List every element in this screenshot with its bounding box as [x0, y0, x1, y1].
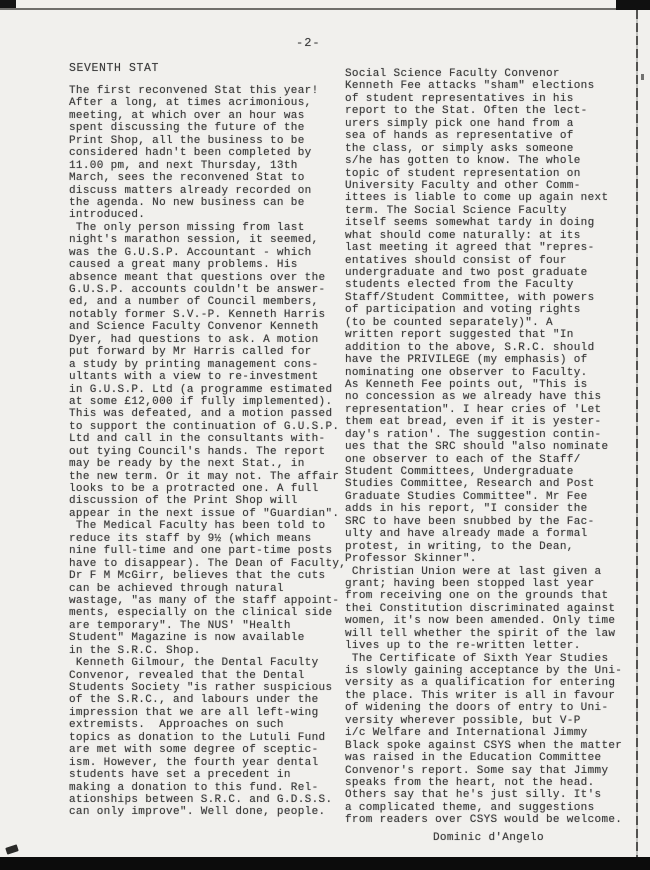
text-line: Staff/Student Committee, with powers: [345, 292, 641, 304]
scan-artifact-top-edge: [0, 8, 650, 10]
author-signature: Dominic d'Angelo: [345, 832, 641, 844]
text-line: ultants with a view to re-investment: [69, 371, 351, 383]
text-line: no concession as we already have this: [345, 391, 641, 403]
text-line: nominating one observer to Faculty.: [345, 367, 641, 379]
text-line: topics as donation to the Lutuli Fund: [69, 732, 351, 744]
text-line: is slowly gaining acceptance by the Uni-: [345, 665, 641, 677]
text-line: urers simply pick one hand from a: [345, 118, 641, 130]
text-line: day's ration'. The suggestion contin-: [345, 429, 641, 441]
text-line: put forward by Mr Harris called for: [69, 346, 351, 358]
text-line: March, sees the reconvened Stat to: [69, 172, 351, 184]
text-line: from receiving one on the grounds that: [345, 590, 641, 602]
text-line: Student Committees, Undergraduate: [345, 466, 641, 478]
text-line: the new term. Or it may not. The affair: [69, 471, 351, 483]
text-line: meeting, at which over an hour was: [69, 110, 351, 122]
text-line: one observer to each of the Staff/: [345, 454, 641, 466]
scan-artifact-top-left: [0, 0, 16, 8]
text-line: Convenor, revealed that the Dental: [69, 670, 351, 682]
text-line: ittees is liable to come up again next: [345, 192, 641, 204]
text-line: impression that we are all left-wing: [69, 707, 351, 719]
text-line: night's marathon session, it seemed,: [69, 234, 351, 246]
text-line: Kenneth Fee attacks "sham" elections: [345, 80, 641, 92]
text-line: a complicated theme, and suggestions: [345, 802, 641, 814]
text-line: at some £12,000 if fully implemented).: [69, 396, 351, 408]
text-line: Print Shop, all the business to be: [69, 135, 351, 147]
scan-artifact-speck: [641, 74, 644, 80]
text-line: in the S.R.C. Shop.: [69, 645, 351, 657]
text-line: undergraduate and two post graduate: [345, 267, 641, 279]
text-line: ism. However, the fourth year dental: [69, 757, 351, 769]
text-line: notably former S.V.-P. Kenneth Harris: [69, 309, 351, 321]
text-line: what should come naturally: at its: [345, 230, 641, 242]
scan-artifact-bottom-edge: [0, 857, 650, 870]
text-line: Ltd and call in the consultants with-: [69, 433, 351, 445]
text-line: are temporary". The NUS' "Health: [69, 620, 351, 632]
text-line: students elected from the Faculty: [345, 279, 641, 291]
text-line: of widening the doors of entry to Uni-: [345, 702, 641, 714]
text-line: versity wherever possible, but V-P: [345, 715, 641, 727]
text-line: ues that the SRC should "also nominate: [345, 441, 641, 453]
text-line: speaks from the heart, not the head.: [345, 777, 641, 789]
text-line: will tell whether the spirit of the law: [345, 628, 641, 640]
text-line: the agenda. No new business can be: [69, 197, 351, 209]
text-line: discuss matters already recorded on: [69, 185, 351, 197]
text-line: have the PRIVILEGE (my emphasis) of: [345, 354, 641, 366]
text-line: itself seems somewhat tardy in doing: [345, 217, 641, 229]
left-column-text: The first reconvened Stat this year!Afte…: [69, 85, 351, 819]
text-line: the place. This writer is all in favour: [345, 690, 641, 702]
text-line: was the G.U.S.P. Accountant - which: [69, 247, 351, 259]
text-line: entatives should consist of four: [345, 255, 641, 267]
text-line: last meeting it agreed that "repres-: [345, 242, 641, 254]
text-line: wastage, "as many of the staff appoint-: [69, 595, 351, 607]
text-line: making a donation to this fund. Rel-: [69, 782, 351, 794]
text-line: The first reconvened Stat this year!: [69, 85, 351, 97]
text-line: The Certificate of Sixth Year Studies: [345, 653, 641, 665]
text-line: considered hadn't been completed by: [69, 147, 351, 159]
text-line: term. The Social Science Faculty: [345, 205, 641, 217]
text-line: spent discussing the future of the: [69, 122, 351, 134]
text-line: lives up to the re-written letter.: [345, 640, 641, 652]
text-line: Social Science Faculty Convenor: [345, 68, 641, 80]
text-line: Professor Skinner".: [345, 553, 641, 565]
text-line: out tying Council's hands. The report: [69, 446, 351, 458]
text-line: addition to the above, S.R.C. should: [345, 342, 641, 354]
text-line: students have set a precedent in: [69, 769, 351, 781]
text-line: can only improve". Well done, people.: [69, 806, 351, 818]
text-line: thei Constitution discriminated against: [345, 603, 641, 615]
text-line: ulty and have already made a formal: [345, 528, 641, 540]
text-line: 11.00 pm, and next Thursday, 13th: [69, 160, 351, 172]
text-line: appear in the next issue of "Guardian".: [69, 508, 351, 520]
text-line: SRC to have been snubbed by the Fac-: [345, 516, 641, 528]
text-line: from readers over CSYS would be welcome.: [345, 814, 641, 826]
text-line: Dr F M McGirr, believes that the cuts: [69, 570, 351, 582]
text-line: to support the continuation of G.U.S.P.: [69, 421, 351, 433]
text-line: of the S.R.C., and labours under the: [69, 694, 351, 706]
scanned-newsletter-page: -2- SEVENTH STAT The first reconvened St…: [0, 0, 650, 870]
text-line: are met with some degree of sceptic-: [69, 744, 351, 756]
text-line: introduced.: [69, 209, 351, 221]
text-line: reduce its staff by 9½ (which means: [69, 533, 351, 545]
text-line: As Kenneth Fee points out, "This is: [345, 379, 641, 391]
text-line: of participation and voting rights: [345, 304, 641, 316]
text-line: of student representatives in his: [345, 93, 641, 105]
text-line: may be ready by the next Stat., in: [69, 458, 351, 470]
text-line: Others say that he's just silly. It's: [345, 789, 641, 801]
text-line: report to the Stat. Often the lect-: [345, 105, 641, 117]
text-line: and Science Faculty Convenor Kenneth: [69, 321, 351, 333]
text-line: a study by printing management cons-: [69, 359, 351, 371]
text-line: Graduate Studies Committee". Mr Fee: [345, 491, 641, 503]
text-line: University Faculty and other Comm-: [345, 180, 641, 192]
text-line: The only person missing from last: [69, 222, 351, 234]
text-line: can be achieved through natural: [69, 583, 351, 595]
text-line: Convenor's report. Some say that Jimmy: [345, 765, 641, 777]
signature-row: Dominic d'Angelo: [345, 832, 641, 844]
text-line: Studies Committee, Research and Post: [345, 478, 641, 490]
text-line: After a long, at times acrimonious,: [69, 97, 351, 109]
text-line: have to disappear). The Dean of Faculty,: [69, 558, 351, 570]
text-line: caused a great many problems. His: [69, 259, 351, 271]
text-line: The Medical Faculty has been told to: [69, 520, 351, 532]
text-line: Christian Union were at last given a: [345, 566, 641, 578]
text-line: This was defeated, and a motion passed: [69, 408, 351, 420]
scan-artifact-top-right: [616, 0, 650, 10]
text-line: looks to be a protracted one. A full: [69, 483, 351, 495]
text-line: ments, especially on the clinical side: [69, 607, 351, 619]
text-line: was raised in the Education Committee: [345, 752, 641, 764]
text-line: in G.U.S.P. Ltd (a programme estimated: [69, 384, 351, 396]
text-line: nine full-time and one part-time posts: [69, 545, 351, 557]
text-line: Kenneth Gilmour, the Dental Faculty: [69, 657, 351, 669]
text-line: Students Society "is rather suspicious: [69, 682, 351, 694]
text-line: them eat bread, even if it is yester-: [345, 416, 641, 428]
text-line: topic of student representation on: [345, 168, 641, 180]
text-line: absence meant that questions over the: [69, 272, 351, 284]
text-line: s/he has gotten to know. The whole: [345, 155, 641, 167]
text-line: ationships between S.R.C. and G.D.S.S.: [69, 794, 351, 806]
right-column-text: Social Science Faculty ConvenorKenneth F…: [345, 68, 641, 827]
text-line: G.U.S.P. accounts couldn't be answer-: [69, 284, 351, 296]
text-line: grant; having been stopped last year: [345, 578, 641, 590]
text-line: sea of hands as representative of: [345, 130, 641, 142]
text-line: representation". I hear cries of 'Let: [345, 404, 641, 416]
page-number: -2-: [296, 36, 321, 50]
text-line: women, it's now been amended. Only time: [345, 615, 641, 627]
text-line: Black spoke against CSYS when the matter: [345, 740, 641, 752]
text-line: adds in his report, "I consider the: [345, 503, 641, 515]
text-line: (to be counted separately)". A: [345, 317, 641, 329]
article-heading: SEVENTH STAT: [69, 62, 159, 75]
text-line: extremists. Approaches on such: [69, 719, 351, 731]
text-line: discussion of the Print Shop will: [69, 495, 351, 507]
text-line: protest, in writing, to the Dean,: [345, 541, 641, 553]
text-line: i/c Welfare and International Jimmy: [345, 727, 641, 739]
text-line: written report suggested that "In: [345, 329, 641, 341]
text-line: the class, or simply asks someone: [345, 143, 641, 155]
text-line: versity as a qualification for entering: [345, 677, 641, 689]
text-line: Dyer, had questions to ask. A motion: [69, 334, 351, 346]
text-line: Student" Magazine is now available: [69, 632, 351, 644]
text-line: ed, and a number of Council members,: [69, 296, 351, 308]
scan-artifact-bottom-left: [5, 844, 19, 854]
